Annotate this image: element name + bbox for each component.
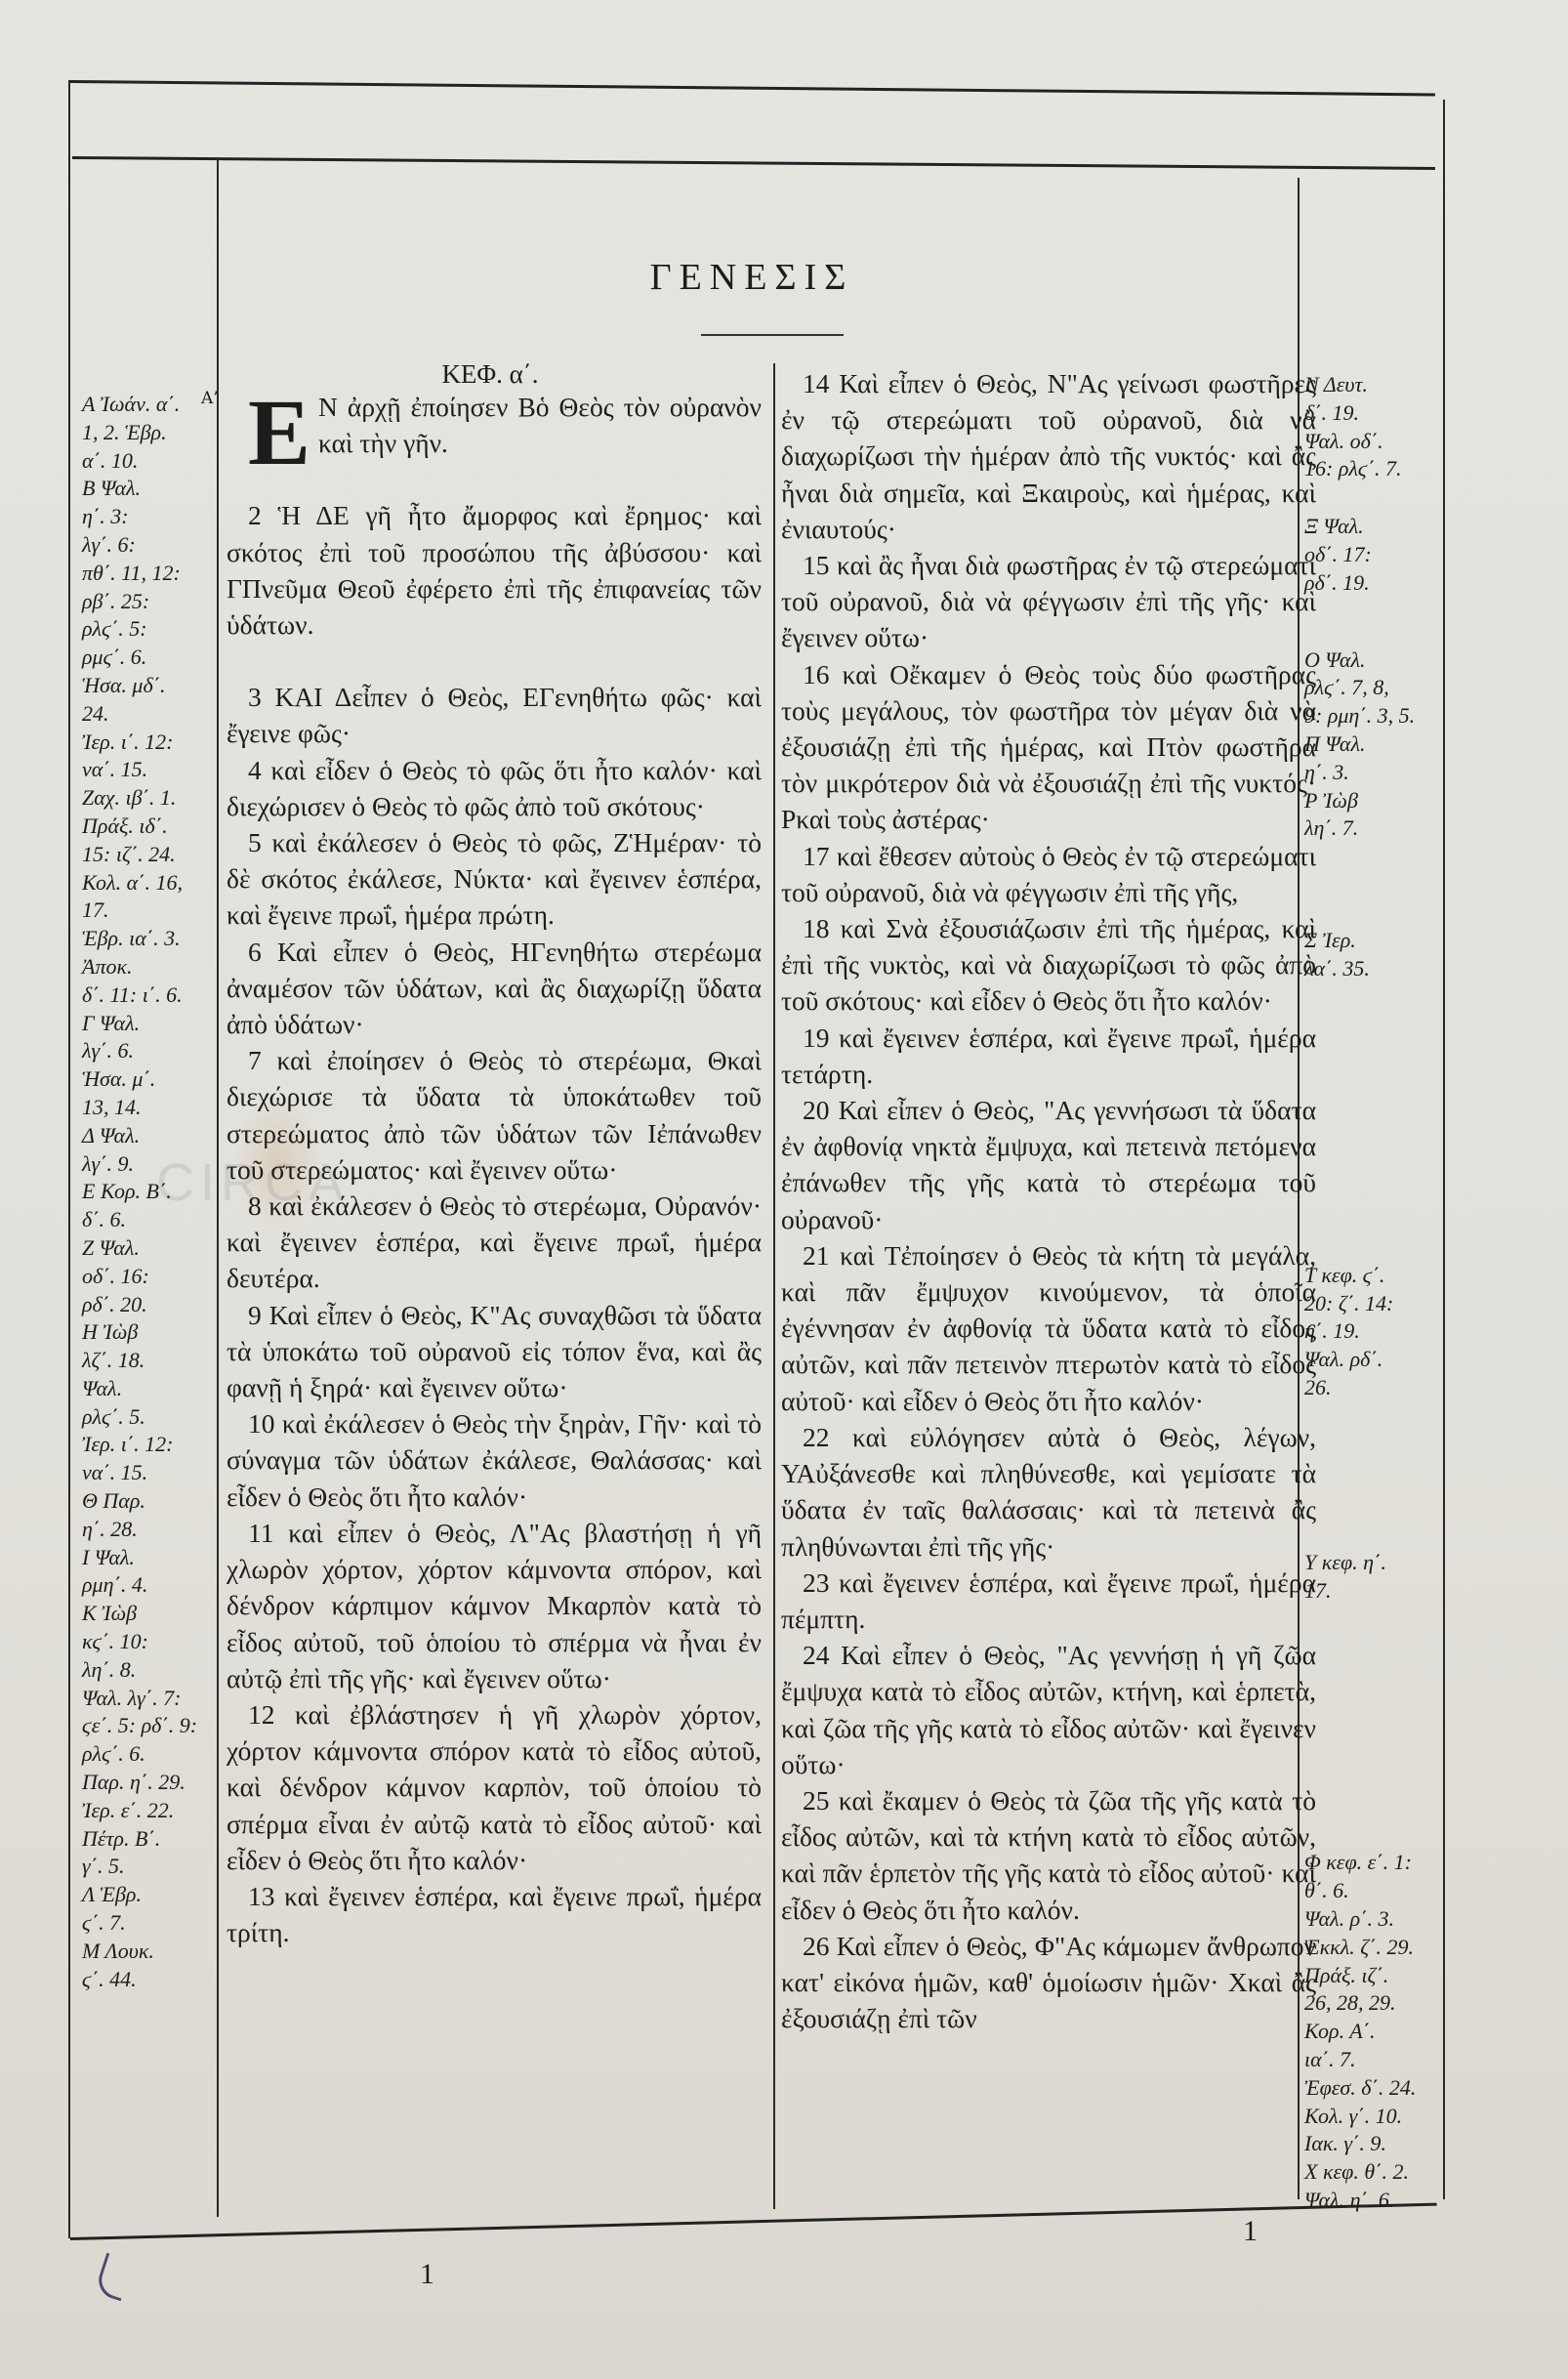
margin-reference-line: Θ Παρ. [82, 1487, 219, 1516]
margin-reference-line: Ρ Ἰὼβ [1304, 787, 1461, 815]
margin-reference-line: πθ΄. 11, 12: [82, 560, 219, 588]
margin-reference-block: Τ κεφ. ϛ΄.20: ζ΄. 14:η΄. 19.Ψαλ. ρδ΄.26. [1304, 1262, 1461, 1402]
right-text-column: 14 Καὶ εἶπεν ὁ Θεὸς, Ν"Ας γείνωσι φωστῆρ… [781, 365, 1316, 2036]
margin-reference-line: Ἀποκ. [82, 953, 219, 981]
margin-reference-line: δ΄. 11: ι΄. 6. [82, 981, 219, 1010]
margin-reference-line: Παρ. η΄. 29. [82, 1769, 219, 1797]
margin-reference-line: ρλϛ΄. 7, 8, [1304, 674, 1461, 702]
margin-reference-line: Ψαλ. οδ΄. [1304, 428, 1461, 456]
left-marginal-references: Α Ἰωάν. α΄.1, 2. Ἑβρ.α΄. 10.Β Ψαλ.η΄. 3:… [82, 391, 219, 1993]
verse-22: 22 καὶ εὐλόγησεν αὐτὰ ὁ Θεὸς, λέγων, ΥΑὐ… [781, 1419, 1316, 1565]
margin-reference-line: Ψαλ. λγ΄. 7: [82, 1685, 219, 1713]
margin-reference-line: Ζαχ. ιβ΄. 1. [82, 784, 219, 813]
margin-reference-line: Κορ. Α΄. [1304, 2018, 1461, 2046]
margin-reference-line: λζ΄. 18. [82, 1347, 219, 1375]
margin-reference-line: λη΄. 7. [1304, 814, 1461, 843]
left-outer-rule [68, 80, 70, 2238]
margin-reference-line: κϛ΄. 10: [82, 1628, 219, 1656]
margin-reference-line: 26. [1304, 1374, 1461, 1402]
margin-reference-line: ρδ΄. 19. [1304, 569, 1461, 598]
verse-18: 18 καὶ Σνὰ ἐξουσιάζωσιν ἐπὶ τῆς ἡμέρας, … [781, 910, 1316, 1020]
margin-reference-line: να΄. 15. [82, 756, 219, 784]
verse-23: 23 καὶ ἔγεινεν ἑσπέρα, καὶ ἔγεινε πρωΐ, … [781, 1565, 1316, 1637]
margin-reference-line: η΄. 28. [82, 1516, 219, 1544]
verse-3: 3 ΚΑΙ Δεἶπεν ὁ Θεὸς, ΕΓενηθήτω φῶς· καὶ … [227, 679, 762, 751]
margin-reference-line: Χ κεφ. θ΄. 2. [1304, 2158, 1461, 2187]
margin-reference-line: 1, 2. Ἑβρ. [82, 419, 219, 447]
margin-reference-line: Η Ἰὼβ [82, 1318, 219, 1347]
column-divider [773, 363, 775, 2209]
margin-reference-line: Ἡσα. μ΄. [82, 1065, 219, 1094]
verse-4: 4 καὶ εἶδεν ὁ Θεὸς τὸ φῶς ὅτι ἦτο καλόν·… [227, 752, 762, 824]
verse-5: 5 καὶ ἐκάλεσεν ὁ Θεὸς τὸ φῶς, ΖἩμέραν· τ… [227, 824, 762, 934]
margin-reference-line: να΄. 15. [82, 1459, 219, 1487]
margin-reference-line: α΄. 10. [82, 447, 219, 476]
margin-reference-line: Λ Ἑβρ. [82, 1881, 219, 1909]
margin-reference-line: Ο Ψαλ. [1304, 647, 1461, 675]
margin-reference-line: Ἰερ. ε΄. 22. [82, 1797, 219, 1825]
verse-12: 12 καὶ ἐβλάστησεν ἡ γῆ χλωρὸν χόρτον, χό… [227, 1696, 762, 1878]
margin-reference-line: Τ κεφ. ϛ΄. [1304, 1262, 1461, 1290]
margin-reference-line: θ΄. 6. [1304, 1877, 1461, 1905]
verse-21: 21 καὶ Τἐποίησεν ὁ Θεὸς τὰ κήτη τὰ μεγάλ… [781, 1237, 1316, 1419]
margin-reference-line: δ΄. 6. [82, 1206, 219, 1234]
book-title: ΓΕΝΕΣΙΣ [215, 256, 1289, 299]
title-rule [701, 334, 844, 336]
margin-reference-line: οδ΄. 17: [1304, 541, 1461, 569]
margin-reference-line: ϛε΄. 5: ρδ΄. 9: [82, 1712, 219, 1740]
verse-15: 15 καὶ ἂς ἦναι διὰ φωστῆρας ἐν τῷ στερεώ… [781, 547, 1316, 656]
margin-reference-line: Ἐκκλ. ζ΄. 29. [1304, 1934, 1461, 1962]
margin-reference-line: λγ΄. 9. [82, 1150, 219, 1179]
margin-reference-line: 13, 14. [82, 1094, 219, 1122]
verse-19: 19 καὶ ἔγεινεν ἑσπέρα, καὶ ἔγεινε πρωΐ, … [781, 1020, 1316, 1092]
margin-reference-line: Σ Ἰερ. [1304, 927, 1461, 955]
left-text-column: Ε Ν ἀρχῇ ἐποίησεν Βὁ Θεὸς τὸν οὐρανὸν κα… [227, 389, 762, 1950]
margin-reference-line: 26, 28, 29. [1304, 1989, 1461, 2018]
margin-reference-line: ρλϛ΄. 5. [82, 1403, 219, 1432]
margin-reference-line: Υ κεφ. η΄. [1304, 1549, 1461, 1577]
top-inner-rule [72, 156, 1435, 170]
margin-reference-line: 17. [1304, 1577, 1461, 1606]
margin-reference-line: Ψαλ. ρ΄. 3. [1304, 1905, 1461, 1934]
folio-number-right: 1 [1243, 2215, 1258, 2248]
margin-reference-line: ρλϛ΄. 5: [82, 615, 219, 644]
margin-reference-line: ϛ΄. 44. [82, 1966, 219, 1994]
margin-reference-line: Πέτρ. Β΄. [82, 1825, 219, 1854]
margin-reference-line: Ιακ. γ΄. 9. [1304, 2130, 1461, 2158]
verse-2: 2 Ἡ ΔΕ γῆ ἦτο ἄμορφος καὶ ἔρημος· καὶ σκ… [227, 497, 762, 643]
margin-reference-line: Γ Ψαλ. [82, 1010, 219, 1038]
margin-reference-line: ρμϛ΄. 6. [82, 644, 219, 672]
margin-reference-line: Κ Ἰὼβ [82, 1600, 219, 1628]
verse-26: 26 Καὶ εἶπεν ὁ Θεὸς, Φ"Ας κάμωμεν ἄνθρωπ… [781, 1928, 1316, 2037]
margin-reference-line: ρδ΄. 20. [82, 1291, 219, 1319]
margin-reference-line: Κολ. γ΄. 10. [1304, 2103, 1461, 2131]
margin-reference-line: 15: ιζ΄. 24. [82, 841, 219, 869]
verse-13: 13 καὶ ἔγεινεν ἑσπέρα, καὶ ἔγεινε πρωΐ, … [227, 1878, 762, 1950]
folio-number-left: 1 [420, 2258, 434, 2291]
margin-reference-line: ρλϛ΄. 6. [82, 1740, 219, 1769]
margin-reference-line: Β Ψαλ. [82, 475, 219, 503]
margin-reference-line: Ἰερ. ι΄. 12: [82, 1431, 219, 1459]
verse-8: 8 καὶ ἐκάλεσεν ὁ Θεὸς τὸ στερέωμα, Οὐραν… [227, 1188, 762, 1297]
margin-reference-line: Ζ Ψαλ. [82, 1234, 219, 1263]
margin-reference-line: γ΄. 5. [82, 1853, 219, 1881]
margin-reference-line: λη΄. 8. [82, 1656, 219, 1685]
verse-10: 10 καὶ ἐκάλεσεν ὁ Θεὸς τὴν ξηρὰν, Γῆν· κ… [227, 1405, 762, 1515]
margin-reference-block: Υ κεφ. η΄.17. [1304, 1549, 1461, 1606]
margin-reference-line: Πράξ. ιδ΄. [82, 813, 219, 841]
margin-reference-line: η΄. 3: [82, 503, 219, 531]
margin-reference-line: Ψαλ. η΄. 6. [1304, 2187, 1461, 2215]
margin-reference-line: Μ Λουκ. [82, 1938, 219, 1966]
top-outer-rule [68, 80, 1435, 96]
margin-reference-block: Ξ Ψαλ.οδ΄. 17:ρδ΄. 19. [1304, 513, 1461, 597]
margin-reference-block: Ν Δευτ.δ΄. 19.Ψαλ. οδ΄.16: ρλϛ΄. 7. [1304, 371, 1461, 483]
margin-reference-block: Σ Ἰερ.λα΄. 35. [1304, 927, 1461, 983]
pencil-mark [94, 2253, 134, 2302]
margin-reference-line: 24. [82, 700, 219, 729]
margin-reference-line: 17. [82, 897, 219, 925]
verse-11: 11 καὶ εἶπεν ὁ Θεὸς, Λ"Ας βλαστήσῃ ἡ γῆ … [227, 1515, 762, 1696]
margin-reference-line: Π Ψαλ. [1304, 730, 1461, 759]
book-page: CIRCA ΓΕΝΕΣΙΣ ΚΕΦ. α΄. Α’ Ε Ν ἀρχῇ ἐποίη… [0, 0, 1568, 2379]
verse-6: 6 Καὶ εἶπεν ὁ Θεὸς, ΗΓενηθήτω στερέωμα ἀ… [227, 934, 762, 1043]
margin-reference-line: Ψαλ. [82, 1375, 219, 1403]
margin-reference-line: Α Ἰωάν. α΄. [82, 391, 219, 419]
margin-reference-line: η΄. 19. [1304, 1317, 1461, 1346]
verse-24: 24 Καὶ εἶπεν ὁ Θεὸς, "Ας γεννήσῃ ἡ γῆ ζῶ… [781, 1637, 1316, 1782]
margin-reference-line: ϛ΄. 7. [82, 1909, 219, 1938]
margin-reference-line: δ΄. 19. [1304, 399, 1461, 428]
right-marginal-references: Ν Δευτ.δ΄. 19.Ψαλ. οδ΄.16: ρλϛ΄. 7.Ξ Ψαλ… [1304, 371, 1461, 2215]
verse-7: 7 καὶ ἐποίησεν ὁ Θεὸς τὸ στερέωμα, Θκαὶ … [227, 1042, 762, 1188]
bottom-rule [70, 2203, 1437, 2240]
verse-16: 16 καὶ Οἔκαμεν ὁ Θεὸς τοὺς δύο φωστῆρας … [781, 656, 1316, 838]
margin-reference-line: Κολ. α΄. 16, [82, 869, 219, 897]
margin-reference-line: 16: ρλϛ΄. 7. [1304, 455, 1461, 483]
margin-reference-line: Ἰερ. ι΄. 12: [82, 729, 219, 757]
verse-25: 25 καὶ ἔκαμεν ὁ Θεὸς τὰ ζῶα τῆς γῆς κατὰ… [781, 1782, 1316, 1928]
verse-9: 9 Καὶ εἶπεν ὁ Θεὸς, Κ"Ας συναχθῶσι τὰ ὕδ… [227, 1297, 762, 1406]
margin-reference-line: Ξ Ψαλ. [1304, 513, 1461, 541]
verse-14: 14 Καὶ εἶπεν ὁ Θεὸς, Ν"Ας γείνωσι φωστῆρ… [781, 365, 1316, 547]
margin-reference-line: η΄. 3. [1304, 759, 1461, 787]
margin-reference-block: Ο Ψαλ.ρλϛ΄. 7, 8,9: ρμη΄. 3, 5.Π Ψαλ.η΄.… [1304, 647, 1461, 844]
margin-reference-block: Φ κεφ. ε΄. 1:θ΄. 6.Ψαλ. ρ΄. 3.Ἐκκλ. ζ΄. … [1304, 1849, 1461, 2214]
margin-reference-line: ρβ΄. 25: [82, 588, 219, 616]
verse-17: 17 καὶ ἔθεσεν αὐτοὺς ὁ Θεὸς ἐν τῷ στερεώ… [781, 838, 1316, 910]
margin-reference-line: λγ΄. 6: [82, 531, 219, 560]
margin-reference-line: 20: ζ΄. 14: [1304, 1290, 1461, 1318]
margin-reference-line: ια΄. 7. [1304, 2046, 1461, 2074]
margin-reference-line: Πράξ. ιζ΄. [1304, 1962, 1461, 1990]
margin-reference-line: Ν Δευτ. [1304, 371, 1461, 399]
margin-reference-line: Δ Ψαλ. [82, 1122, 219, 1150]
margin-reference-line: Ε Κορ. Β΄. [82, 1178, 219, 1206]
margin-reference-line: ρμη΄. 4. [82, 1571, 219, 1600]
margin-reference-line: 9: ρμη΄. 3, 5. [1304, 702, 1461, 730]
margin-reference-line: Ἑβρ. ια΄. 3. [82, 925, 219, 953]
margin-reference-line: λα΄. 35. [1304, 955, 1461, 983]
margin-reference-line: Ψαλ. ρδ΄. [1304, 1346, 1461, 1374]
margin-reference-line: οδ΄. 16: [82, 1263, 219, 1291]
margin-reference-line: Ι Ψαλ. [82, 1544, 219, 1572]
dropcap-letter: Ε [248, 395, 310, 471]
verse-20: 20 Καὶ εἶπεν ὁ Θεὸς, "Ας γεννήσωσι τὰ ὕδ… [781, 1092, 1316, 1237]
margin-reference-line: Ἐφεσ. δ΄. 24. [1304, 2074, 1461, 2103]
margin-reference-line: Ἡσα. μδ΄. [82, 672, 219, 700]
margin-reference-line: λγ΄. 6. [82, 1037, 219, 1065]
margin-reference-line: Φ κεφ. ε΄. 1: [1304, 1849, 1461, 1877]
